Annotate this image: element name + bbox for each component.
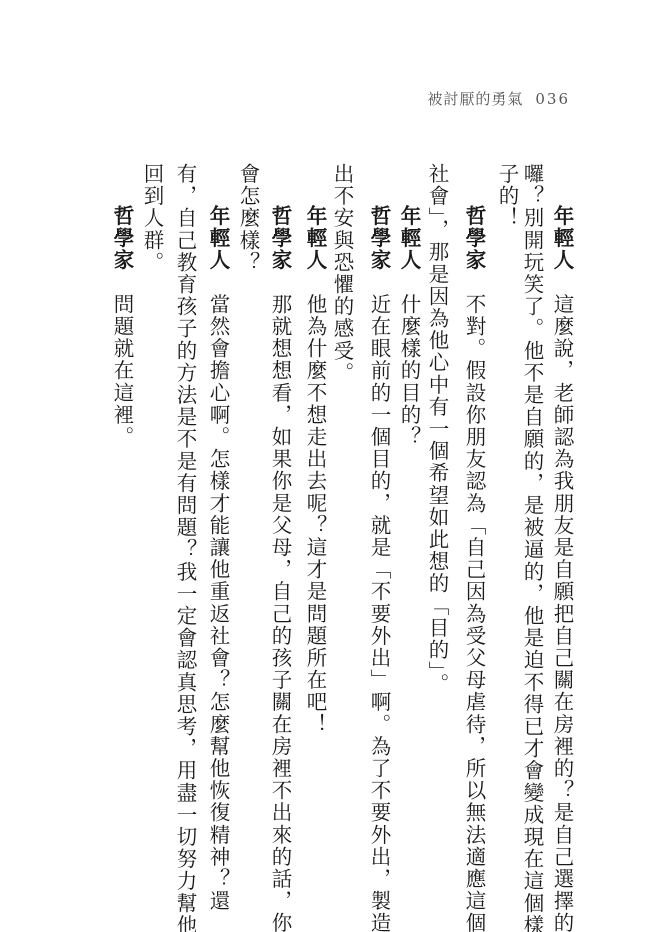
dialogue-continuation: 囉？別開玩笑了。他不是自願的，是被逼的，他是迫不得已才會變成現在這個樣	[518, 163, 542, 932]
dialogue-text: 囉？別開玩笑了。他不是自願的，是被逼的，他是迫不得已才會變成現在這個樣	[520, 163, 544, 932]
speaker-label: 年輕人	[305, 205, 326, 271]
speaker-label: 哲學家	[112, 205, 133, 271]
dialogue-line: 年輕人當然會擔心啊。怎樣才能讓他重返社會？怎麼幫他恢復精神？還	[204, 205, 228, 912]
dialogue-continuation: 社會」，那是因為他心中有一個希望如此想的「目的」。	[423, 163, 447, 695]
dialogue-text: 近在眼前的一個目的，就是「不要外出」啊。為了不要外出，製造	[367, 293, 391, 932]
dialogue-text: 有，自己教育孩子的方法是不是有問題？我一定會認真思考，用盡一切努力幫他	[173, 163, 197, 932]
running-header: 被討厭的勇氣036	[427, 88, 570, 109]
dialogue-text: 這麼說，老師認為我朋友是自願把自己關在房裡的？是自己選擇的	[550, 293, 574, 932]
dialogue-continuation: 回到人群。	[138, 163, 162, 274]
dialogue-line: 哲學家那就想想看，如果你是父母，自己的孩子關在房裡不出來的話，你	[266, 205, 290, 932]
dialogue-line: 哲學家近在眼前的一個目的，就是「不要外出」啊。為了不要外出，製造	[365, 205, 389, 932]
dialogue-text: 子的！	[495, 163, 519, 229]
book-title: 被討厭的勇氣	[427, 90, 523, 108]
dialogue-line: 年輕人這麼說，老師認為我朋友是自願把自己關在房裡的？是自己選擇的	[548, 205, 572, 932]
dialogue-text: 什麼樣的目的？	[397, 293, 421, 448]
dialogue-text: 社會」，那是因為他心中有一個希望如此想的「目的」。	[425, 163, 449, 695]
speaker-label: 年輕人	[552, 205, 573, 271]
dialogue-line: 年輕人他為什麼不想走出去呢？這才是問題所在吧！	[301, 205, 325, 735]
dialogue-text: 當然會擔心啊。怎樣才能讓他重返社會？怎麼幫他恢復精神？還	[206, 293, 230, 912]
dialogue-continuation: 會怎麼樣？	[234, 163, 258, 274]
dialogue-continuation: 有，自己教育孩子的方法是不是有問題？我一定會認真思考，用盡一切努力幫他	[171, 163, 195, 932]
speaker-label: 年輕人	[208, 205, 229, 271]
dialogue-text: 回到人群。	[140, 163, 164, 274]
dialogue-text: 他為什麼不想走出去呢？這才是問題所在吧！	[303, 293, 327, 735]
dialogue-text: 不對。假設你朋友認為「自己因為受父母虐待，所以無法適應這個	[462, 293, 486, 932]
dialogue-text: 那就想想看，如果你是父母，自己的孩子關在房裡不出來的話，你	[268, 293, 292, 932]
dialogue-continuation: 子的！	[493, 163, 517, 229]
page-number: 036	[535, 90, 570, 108]
dialogue-text: 問題就在這裡。	[110, 293, 134, 448]
dialogue-text: 會怎麼樣？	[236, 163, 260, 274]
dialogue-text: 出不安與恐懼的感受。	[330, 163, 354, 384]
dialogue-line: 哲學家問題就在這裡。	[108, 205, 132, 448]
dialogue-continuation: 出不安與恐懼的感受。	[328, 163, 352, 384]
speaker-label: 哲學家	[369, 205, 390, 271]
speaker-label: 哲學家	[270, 205, 291, 271]
dialogue-line: 哲學家不對。假設你朋友認為「自己因為受父母虐待，所以無法適應這個	[460, 205, 484, 932]
speaker-label: 年輕人	[399, 205, 420, 271]
dialogue-line: 年輕人什麼樣的目的？	[395, 205, 419, 448]
speaker-label: 哲學家	[464, 205, 485, 271]
